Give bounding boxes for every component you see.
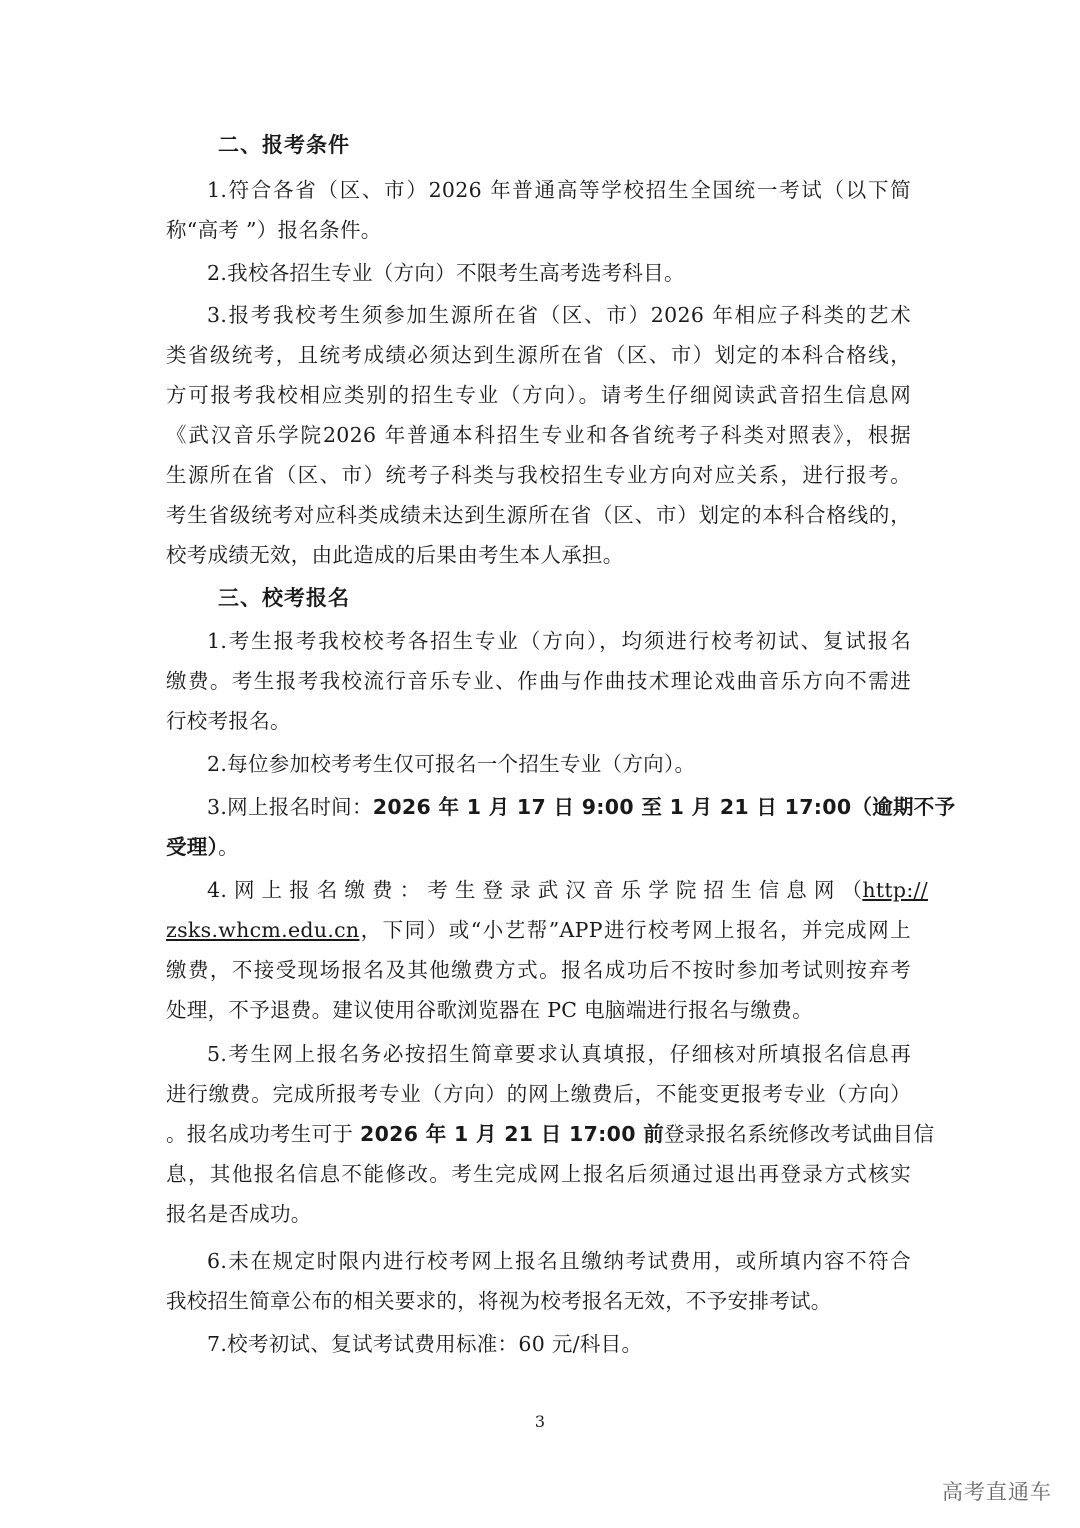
paragraph-line: 缴费，不接受现场报名及其他缴费方式。报名成功后不按时参加考试则按弃考 — [166, 956, 911, 984]
paragraph-line: 7.校考初试、复试考试费用标准：60 元/科目。 — [207, 1330, 911, 1358]
paragraph-line: 生源所在省（区、市）统考子科类与我校招生专业方向对应关系，进行报考。 — [166, 461, 911, 489]
paragraph-line: 2.我校各招生专业（方向）不限考生高考选考科目。 — [207, 259, 911, 287]
registration-time-value: 2026 年 1 月 17 日 9:00 至 1 月 21 日 17:00（逾期… — [373, 795, 956, 819]
paragraph-line: 6.未在规定时限内进行校考网上报名且缴纳考试费用，或所填内容不符合 — [207, 1247, 911, 1275]
paragraph-line: 4. 网 上 报 名 缴 费 ： 考 生 登 录 武 汉 音 乐 学 院 招 生… — [207, 876, 911, 904]
registration-time-line: 3.网上报名时间：2026 年 1 月 17 日 9:00 至 1 月 21 日… — [207, 793, 911, 821]
paragraph-line: 称“高考 ”）报名条件。 — [166, 216, 911, 244]
page-number: 3 — [530, 1412, 550, 1432]
paragraph-line: 进行缴费。完成所报考专业（方向）的网上缴费后，不能变更报考专业（方向） — [166, 1080, 911, 1108]
paragraph-line: 《武汉音乐学院2026 年普通本科招生专业和各省统考子科类对照表》，根据 — [166, 421, 911, 449]
paragraph-line: 方可报考我校相应类别的招生专业（方向）。请考生仔细阅读武音招生信息网 — [166, 381, 911, 409]
admissions-url-link[interactable]: http:// — [862, 878, 928, 902]
paragraph-line: 行校考报名。 — [166, 707, 911, 735]
registration-time-label: 3.网上报名时间： — [207, 795, 373, 819]
paragraph-line: 。报名成功考生可于 2026 年 1 月 21 日 17:00 前登录报名系统修… — [166, 1120, 911, 1148]
paragraph-line: 考生省级统考对应科类成绩未达到生源所在省（区、市）划定的本科合格线的， — [166, 501, 911, 529]
paragraph-line: zsks.whcm.edu.cn，下同）或“小艺帮”APP进行校考网上报名，并完… — [166, 916, 911, 944]
registration-time-line-continued: 受理）。 — [166, 833, 911, 861]
modification-deadline: 2026 年 1 月 21 日 17:00 前 — [360, 1122, 664, 1146]
paragraph-line: 1.符合各省（区、市）2026 年普通高等学校招生全国统一考试（以下简 — [207, 176, 911, 204]
paragraph-line: 2.每位参加校考考生仅可报名一个招生专业（方向）。 — [207, 750, 911, 778]
section-heading-registration: 三、校考报名 — [218, 584, 350, 612]
registration-time-value-end: 受理） — [166, 835, 218, 859]
section-heading-requirements: 二、报考条件 — [218, 131, 350, 159]
admissions-url-link-continued[interactable]: zsks.whcm.edu.cn — [166, 918, 359, 942]
paragraph-line: 息，其他报名信息不能修改。考生完成网上报名后须通过退出再登录方式核实 — [166, 1160, 911, 1188]
paragraph-line: 3.报考我校考生须参加生源所在省（区、市）2026 年相应子科类的艺术 — [207, 301, 911, 329]
paragraph-line: 报名是否成功。 — [166, 1200, 911, 1228]
document-page: 二、报考条件 1.符合各省（区、市）2026 年普通高等学校招生全国统一考试（以… — [0, 0, 1080, 1528]
paragraph-line: 1.考生报考我校校考各招生专业（方向），均须进行校考初试、复试报名 — [207, 627, 911, 655]
paragraph-line: 类省级统考，且统考成绩必须达到生源所在省（区、市）划定的本科合格线， — [166, 341, 911, 369]
paragraph-line: 处理，不予退费。建议使用谷歌浏览器在 PC 电脑端进行报名与缴费。 — [166, 996, 911, 1024]
paragraph-line: 缴费。考生报考我校流行音乐专业、作曲与作曲技术理论戏曲音乐方向不需进 — [166, 667, 911, 695]
paragraph-line: 我校招生简章公布的相关要求的，将视为校考报名无效，不予安排考试。 — [166, 1287, 911, 1315]
paragraph-line: 5.考生网上报名务必按招生简章要求认真填报，仔细核对所填报名信息再 — [207, 1040, 911, 1068]
paragraph-line: 校考成绩无效，由此造成的后果由考生本人承担。 — [166, 541, 911, 569]
source-watermark: 高考直通车 — [942, 1476, 1052, 1506]
